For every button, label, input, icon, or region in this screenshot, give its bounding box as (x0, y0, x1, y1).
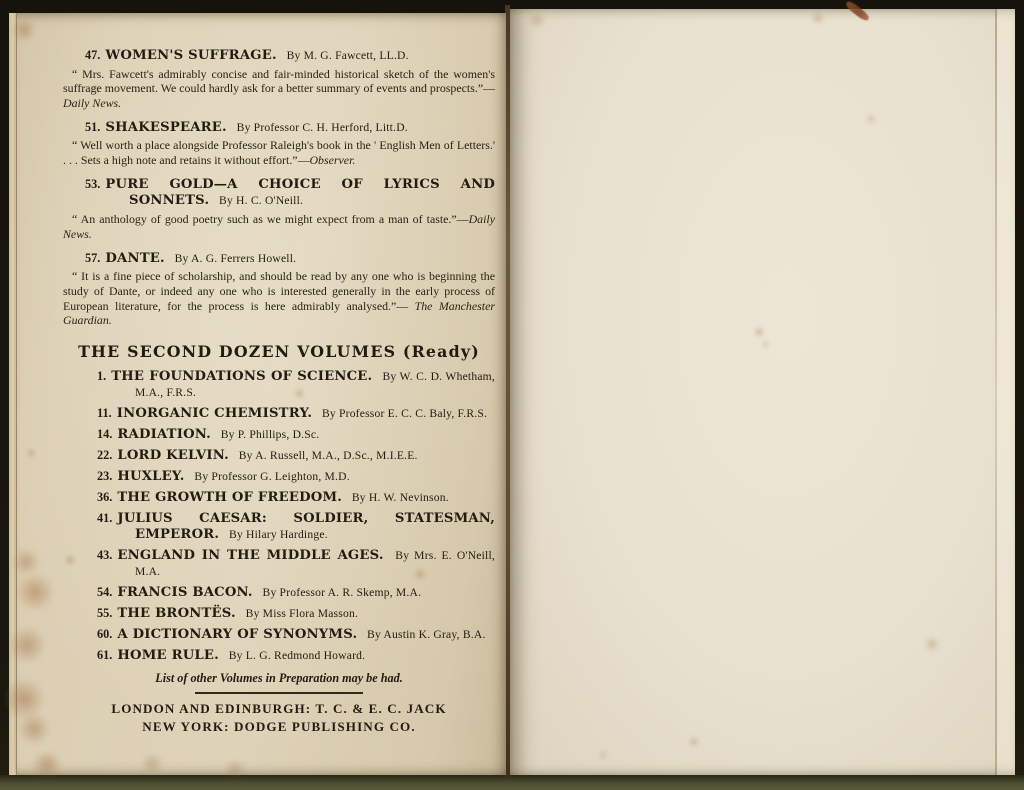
entry-author: By Professor G. Leighton, M.D. (194, 470, 349, 483)
catalogue-entry-53: 53.PURE GOLD—A CHOICE OF LYRICS AND SONN… (63, 176, 495, 210)
first-dozen-section: 47.WOMEN'S SUFFRAGE. By M. G. Fawcett, L… (63, 47, 495, 328)
catalogue-entry-36: 36.THE GROWTH OF FREEDOM. By H. W. Nevin… (63, 489, 495, 506)
catalogue-entry-60: 60.A DICTIONARY OF SYNONYMS. By Austin K… (63, 626, 495, 643)
entry-number: 22. (97, 448, 112, 462)
ink-mark (844, 0, 870, 22)
foxing-stain (139, 755, 165, 773)
entry-author: By H. W. Nevinson. (352, 491, 449, 504)
entry-title: THE FOUNDATIONS OF SCIENCE. (111, 369, 372, 384)
entry-title: ENGLAND IN THE MIDDLE AGES. (117, 548, 383, 563)
entry-number: 41. (97, 511, 112, 525)
publisher-imprint: LONDON AND EDINBURGH: T. C. & E. C. JACK… (63, 700, 495, 736)
entry-review: “ It is a fine piece of scholarship, and… (63, 269, 495, 328)
entry-review: “ Mrs. Fawcett's admirably concise and f… (63, 67, 495, 111)
review-text: “ Mrs. Fawcett's admirably concise and f… (63, 67, 495, 96)
entry-review: “ An anthology of good poetry such as we… (63, 212, 495, 242)
entry-author: By M. G. Fawcett, LL.D. (287, 49, 409, 62)
entry-title: A DICTIONARY OF SYNONYMS. (117, 627, 357, 642)
foxing-stain (924, 637, 940, 651)
section-heading: THE SECOND DOZEN VOLUMES (Ready) (63, 342, 495, 361)
catalogue-entry-23: 23.HUXLEY. By Professor G. Leighton, M.D… (63, 468, 495, 485)
page-stack-edge (9, 13, 17, 775)
entry-title: DANTE. (105, 251, 164, 266)
preparation-note: List of other Volumes in Preparation may… (63, 671, 495, 686)
catalogue-entry-51: 51.SHAKESPEARE. By Professor C. H. Herfo… (63, 119, 495, 137)
review-source: Observer. (309, 153, 355, 167)
entry-title: INORGANIC CHEMISTRY. (117, 406, 312, 421)
catalogue-entry-61: 61.HOME RULE. By L. G. Redmond Howard. (63, 647, 495, 664)
catalogue-entry-57: 57.DANTE. By A. G. Ferrers Howell. (63, 250, 495, 268)
entry-author: By Professor A. R. Skemp, M.A. (263, 586, 422, 599)
review-text: “ An anthology of good poetry such as we… (72, 212, 469, 226)
foxing-stain (754, 327, 764, 337)
entry-review: “ Well worth a place alongside Professor… (63, 138, 495, 168)
entry-author: By Professor C. H. Herford, Litt.D. (237, 121, 408, 134)
entry-author: By H. C. O'Neill. (219, 194, 303, 207)
entry-title: HUXLEY. (117, 469, 184, 484)
entry-title: WOMEN'S SUFFRAGE. (105, 48, 276, 63)
foxing-stain (13, 575, 57, 609)
imprint-line-1: LONDON AND EDINBURGH: T. C. & E. C. JACK (63, 700, 495, 718)
entry-number: 11. (97, 406, 112, 420)
foxing-stain (526, 13, 548, 27)
right-page-blank (510, 9, 1015, 775)
foxing-stain (221, 761, 249, 777)
catalogue-entry-1: 1.THE FOUNDATIONS OF SCIENCE. By W. C. D… (63, 368, 495, 401)
entry-number: 53. (85, 177, 100, 191)
entry-author: By Hilary Hardinge. (229, 528, 328, 541)
foxing-stain (29, 753, 65, 777)
entry-number: 36. (97, 490, 112, 504)
entry-author: By L. G. Redmond Howard. (229, 649, 366, 662)
entry-number: 61. (97, 648, 112, 662)
entry-title: RADIATION. (117, 427, 211, 442)
catalogue-entry-54: 54.FRANCIS BACON. By Professor A. R. Ske… (63, 584, 495, 601)
catalogue-entry-55: 55.THE BRONTËS. By Miss Flora Masson. (63, 605, 495, 622)
catalogue-entry-22: 22.LORD KELVIN. By A. Russell, M.A., D.S… (63, 447, 495, 464)
entry-number: 14. (97, 427, 112, 441)
entry-number: 60. (97, 627, 112, 641)
imprint-line-2: NEW YORK: DODGE PUBLISHING CO. (63, 718, 495, 736)
catalogue-text: 47.WOMEN'S SUFFRAGE. By M. G. Fawcett, L… (63, 47, 495, 736)
entry-author: By Austin K. Gray, B.A. (367, 628, 486, 641)
review-source: Daily News. (63, 96, 121, 110)
foxing-stain (762, 341, 769, 348)
catalogue-entry-43: 43.ENGLAND IN THE MIDDLE AGES. By Mrs. E… (63, 547, 495, 580)
entry-title: HOME RULE. (117, 648, 219, 663)
entry-number: 47. (85, 48, 100, 62)
entry-author: By Professor E. C. C. Baly, F.R.S. (322, 407, 487, 420)
book-scan: 47.WOMEN'S SUFFRAGE. By M. G. Fawcett, L… (0, 0, 1024, 790)
entry-number: 1. (97, 369, 106, 383)
page-crease (995, 9, 997, 775)
foxing-stain (865, 113, 877, 125)
foxing-stain (27, 449, 35, 457)
entry-author: By P. Phillips, D.Sc. (221, 428, 320, 441)
left-page: 47.WOMEN'S SUFFRAGE. By M. G. Fawcett, L… (9, 13, 506, 775)
entry-title: SHAKESPEARE. (105, 120, 226, 135)
catalogue-entry-11: 11.INORGANIC CHEMISTRY. By Professor E. … (63, 405, 495, 422)
foxing-stain (598, 751, 608, 759)
entry-number: 43. (97, 548, 112, 562)
entry-title: LORD KELVIN. (117, 448, 229, 463)
imprint-divider (195, 692, 363, 694)
entry-author: By Miss Flora Masson. (246, 607, 358, 620)
entry-title: THE GROWTH OF FREEDOM. (117, 490, 342, 505)
entry-author: By A. G. Ferrers Howell. (175, 252, 297, 265)
entry-number: 23. (97, 469, 112, 483)
entry-number: 57. (85, 251, 100, 265)
catalogue-entry-47: 47.WOMEN'S SUFFRAGE. By M. G. Fawcett, L… (63, 47, 495, 65)
entry-title: FRANCIS BACON. (117, 585, 252, 600)
book-cover-bottom-edge (0, 775, 1024, 790)
foxing-stain (688, 737, 700, 747)
catalogue-entry-41: 41.JULIUS CAESAR: SOLDIER, STATESMAN, EM… (63, 510, 495, 543)
second-dozen-section: 1.THE FOUNDATIONS OF SCIENCE. By W. C. D… (63, 368, 495, 664)
review-text: “ Well worth a place alongside Professor… (63, 138, 495, 167)
entry-number: 55. (97, 606, 112, 620)
foxing-stain (810, 13, 826, 23)
entry-number: 54. (97, 585, 112, 599)
catalogue-entry-14: 14.RADIATION. By P. Phillips, D.Sc. (63, 426, 495, 443)
entry-author: By A. Russell, M.A., D.Sc., M.I.E.E. (239, 449, 418, 462)
foxing-stain (17, 713, 51, 745)
entry-number: 51. (85, 120, 100, 134)
entry-title: THE BRONTËS. (117, 606, 235, 621)
endpaper-outer-edge (997, 9, 1015, 775)
